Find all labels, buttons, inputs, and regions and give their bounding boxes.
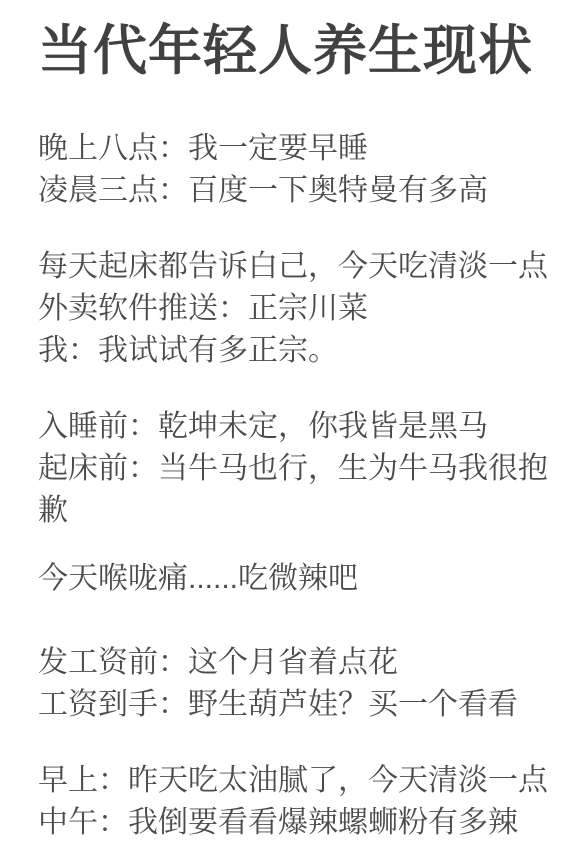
paragraph-salary: 发工资前：这个月省着点花 工资到手：野生葫芦娃？买一个看看 xyxy=(38,642,552,726)
text-line: 凌晨三点：百度一下奥特曼有多高 xyxy=(38,170,552,212)
text-line: 工资到手：野生葫芦娃？买一个看看 xyxy=(38,684,552,726)
paragraph-dark-horse: 入睡前：乾坤未定，你我皆是黑马 起床前：当牛马也行，生为牛马我很抱 歉 xyxy=(38,406,552,532)
text-line: 起床前：当牛马也行，生为牛马我很抱 xyxy=(38,448,552,490)
text-line: 歉 xyxy=(38,490,552,532)
text-line: 每天起床都告诉白己，今天吃清淡一点 xyxy=(38,246,552,288)
text-line: 晚上八点：我一定要早睡 xyxy=(38,128,552,170)
document-page: 当代年轻人养生现状 晚上八点：我一定要早睡 凌晨三点：百度一下奥特曼有多高 每天… xyxy=(0,0,582,864)
page-title: 当代年轻人养生现状 xyxy=(38,20,552,82)
paragraph-light-diet: 每天起床都告诉白己，今天吃清淡一点 外卖软件推送：正宗川菜 我：我试试有多正宗。 xyxy=(38,246,552,372)
text-line: 发工资前：这个月省着点花 xyxy=(38,642,552,684)
text-line: 外卖软件推送：正宗川菜 xyxy=(38,288,552,330)
text-line: 早上：昨天吃太油腻了，今天清淡一点 xyxy=(38,760,552,802)
paragraph-sleep-schedule: 晚上八点：我一定要早睡 凌晨三点：百度一下奥特曼有多高 xyxy=(38,128,552,212)
text-line: 入睡前：乾坤未定，你我皆是黑马 xyxy=(38,406,552,448)
text-line: 今天喉咙痛......吃微辣吧 xyxy=(38,558,552,600)
text-line: 中午：我倒要看看爆辣螺蛳粉有多辣 xyxy=(38,802,552,844)
paragraph-spicy-noodles: 早上：昨天吃太油腻了，今天清淡一点 中午：我倒要看看爆辣螺蛳粉有多辣 xyxy=(38,760,552,844)
paragraph-sore-throat: 今天喉咙痛......吃微辣吧 xyxy=(38,558,552,600)
text-line: 我：我试试有多正宗。 xyxy=(38,330,552,372)
